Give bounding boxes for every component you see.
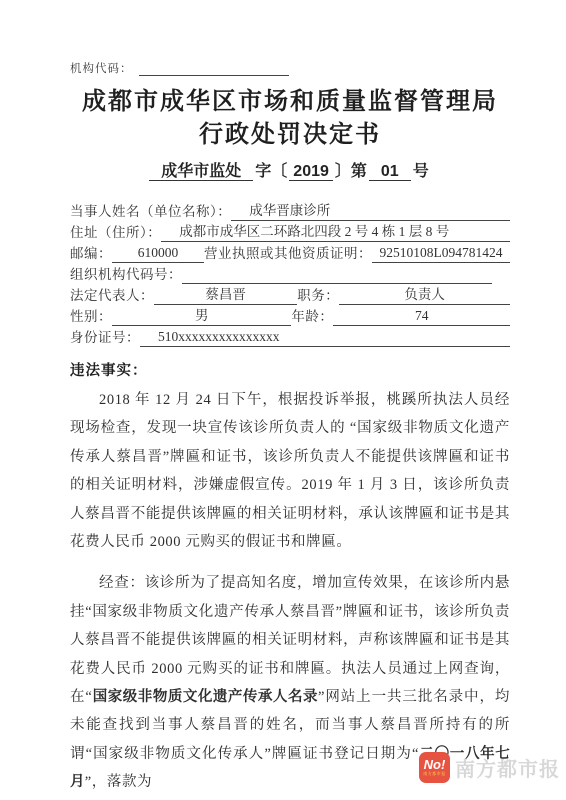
party-orgcode-value bbox=[182, 283, 492, 284]
doc-number-di: 〕第 bbox=[333, 163, 369, 180]
party-name-label: 当事人姓名（单位名称）： bbox=[70, 202, 231, 221]
party-id-label: 身份证号： bbox=[70, 328, 140, 347]
doc-number-no: 01 bbox=[369, 163, 411, 181]
facts-heading: 违法事实： bbox=[70, 359, 510, 380]
document-title-authority: 成都市成华区市场和质量监督管理局 bbox=[70, 86, 510, 118]
party-gender-value: 男 bbox=[112, 306, 291, 326]
party-zip-label: 邮编： bbox=[70, 244, 112, 263]
party-info-block: 当事人姓名（单位名称）： 成华晋康诊所 住址（住所）： 成都市成华区二环路北四段… bbox=[70, 200, 510, 347]
nandu-app-icon: No! 南方都市报 bbox=[419, 752, 450, 783]
party-row-zip-license: 邮编： 610000 营业执照或其他资质证明： 92510108L0947814… bbox=[70, 242, 510, 263]
party-duty-value: 负责人 bbox=[339, 285, 510, 305]
party-address-value: 成都市成华区二环路北四段 2 号 4 栋 1 层 8 号 bbox=[161, 222, 510, 242]
org-code-label: 机构代码： bbox=[70, 60, 133, 76]
penalty-decision-document: 机构代码： 成都市成华区市场和质量监督管理局 行政处罚决定书 成华市监处字〔20… bbox=[0, 0, 566, 800]
doc-number-office: 成华市监处 bbox=[149, 163, 253, 181]
newspaper-watermark: No! 南方都市报 南方都市报 bbox=[419, 752, 560, 783]
party-row-orgcode: 组织机构代码号： bbox=[70, 263, 510, 284]
party-legalrep-value: 蔡昌晋 bbox=[154, 285, 297, 305]
facts-paragraph-1: 2018 年 12 月 24 日下午，根据投诉举报，桃蹊所执法人员经现场检查，发… bbox=[70, 386, 510, 556]
party-license-label: 营业执照或其他资质证明： bbox=[204, 244, 372, 263]
org-code-blank-underline bbox=[139, 62, 289, 76]
doc-number-zi: 字〔 bbox=[253, 163, 289, 180]
party-row-name: 当事人姓名（单位名称）： 成华晋康诊所 bbox=[70, 200, 510, 221]
party-gender-label: 性别： bbox=[70, 307, 112, 326]
party-legalrep-label: 法定代表人： bbox=[70, 286, 154, 305]
party-license-value: 92510108L094781424 bbox=[372, 243, 510, 263]
party-zip-value: 610000 bbox=[112, 243, 204, 263]
org-code-line: 机构代码： bbox=[70, 60, 510, 76]
party-name-value: 成华晋康诊所 bbox=[231, 201, 510, 221]
nandu-icon-subtext: 南方都市报 bbox=[423, 771, 446, 777]
doc-number-hao: 号 bbox=[411, 163, 431, 180]
party-duty-label: 职务： bbox=[297, 286, 339, 305]
newspaper-name: 南方都市报 bbox=[455, 753, 560, 782]
party-row-address: 住址（住所）： 成都市成华区二环路北四段 2 号 4 栋 1 层 8 号 bbox=[70, 221, 510, 242]
party-id-value: 510xxxxxxxxxxxxxxx bbox=[140, 327, 510, 347]
document-title-type: 行政处罚决定书 bbox=[70, 118, 510, 152]
party-row-legalrep: 法定代表人： 蔡昌晋 职务： 负责人 bbox=[70, 284, 510, 305]
party-age-value: 74 bbox=[333, 306, 510, 326]
party-age-label: 年龄： bbox=[291, 307, 333, 326]
party-row-id: 身份证号： 510xxxxxxxxxxxxxxx bbox=[70, 326, 510, 347]
party-orgcode-label: 组织机构代码号： bbox=[70, 265, 182, 284]
document-number-line: 成华市监处字〔2019〕第01号 bbox=[70, 160, 510, 184]
party-row-gender-age: 性别： 男 年龄： 74 bbox=[70, 305, 510, 326]
party-address-label: 住址（住所）： bbox=[70, 223, 161, 242]
doc-number-year: 2019 bbox=[289, 163, 333, 181]
nandu-icon-glyph: No! bbox=[424, 758, 446, 771]
